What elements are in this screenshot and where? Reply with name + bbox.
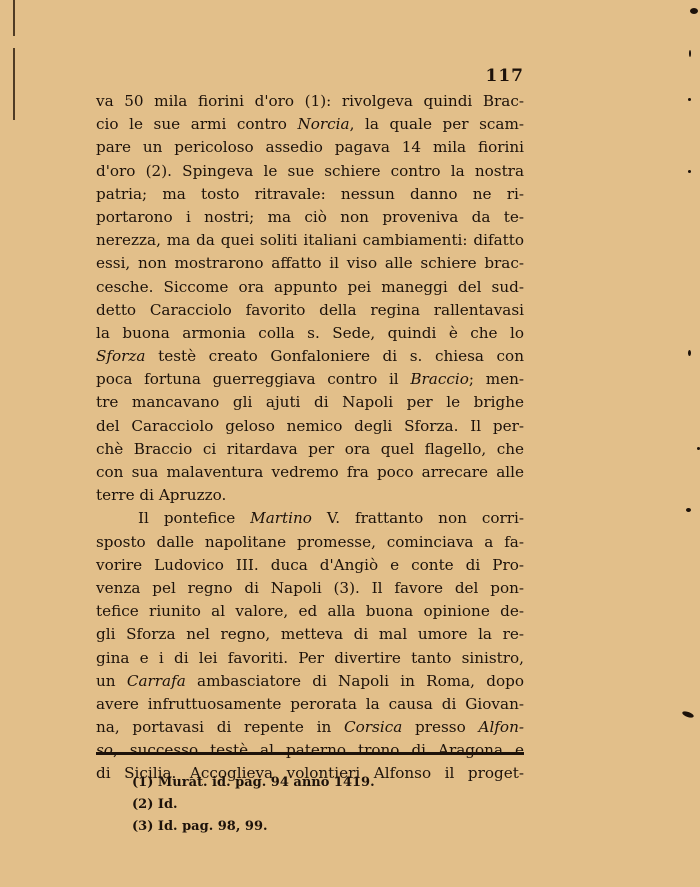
text-line: portarono i nostri; ma ciò non proveniva…	[96, 206, 524, 229]
scan-speck	[689, 50, 691, 57]
text-line: chè Braccio ci ritardava per ora quel fl…	[96, 438, 524, 461]
text-line: va 50 mila fiorini d'oro (1): rivolgeva …	[96, 90, 524, 113]
scan-speck	[688, 350, 691, 356]
footnote: (1) Murat. id. pag. 94 anno 1419.	[132, 772, 375, 794]
footnote-separator-rule	[96, 752, 524, 755]
page-edge-shadow	[13, 0, 15, 120]
scan-speck	[682, 710, 695, 719]
text-line: tefice riunito al valore, ed alla buona …	[96, 600, 524, 623]
text-line: vorire Ludovico III. duca d'Angiò e cont…	[96, 554, 524, 577]
text-line: detto Caracciolo favorito della regina r…	[96, 299, 524, 322]
text-line: la buona armonia colla s. Sede, quindi è…	[96, 322, 524, 345]
text-line: patria; ma tosto ritravale: nessun danno…	[96, 183, 524, 206]
footnote: (3) Id. pag. 98, 99.	[132, 816, 375, 838]
footnotes: (1) Murat. id. pag. 94 anno 1419.(2) Id.…	[132, 772, 375, 838]
page-number: 117	[486, 66, 525, 86]
text-line: pare un pericoloso assedio pagava 14 mil…	[96, 136, 524, 159]
text-line: avere infruttuosamente perorata la causa…	[96, 693, 524, 716]
text-line: gli Sforza nel regno, metteva di mal umo…	[96, 623, 524, 646]
text-line: con sua malaventura vedremo fra poco arr…	[96, 461, 524, 484]
text-line: so, successo testè al paterno trono di A…	[96, 739, 524, 762]
text-line: sposto dalle napolitane promesse, cominc…	[96, 531, 524, 554]
text-line: un Carrafa ambasciatore di Napoli in Rom…	[96, 670, 524, 693]
text-line: gina e i di lei favoriti. Per divertire …	[96, 647, 524, 670]
text-line: essi, non mostrarono affatto il viso all…	[96, 252, 524, 275]
text-line: tre mancavano gli ajuti di Napoli per le…	[96, 391, 524, 414]
scan-speck	[690, 8, 698, 14]
text-line: cio le sue armi contro Norcia, la quale …	[96, 113, 524, 136]
text-line: Il pontefice Martino V. frattanto non co…	[96, 507, 524, 530]
scan-speck	[686, 508, 691, 512]
text-line: terre di Apruzzo.	[96, 484, 524, 507]
text-line: na, portavasi di repente in Corsica pres…	[96, 716, 524, 739]
text-line: Sforza testè creato Gonfaloniere di s. c…	[96, 345, 524, 368]
scan-speck	[688, 98, 691, 101]
text-line: poca fortuna guerreggiava contro il Brac…	[96, 368, 524, 391]
body-text: va 50 mila fiorini d'oro (1): rivolgeva …	[96, 90, 524, 786]
footnote: (2) Id.	[132, 794, 375, 816]
scan-speck	[688, 170, 691, 173]
text-line: del Caracciolo geloso nemico degli Sforz…	[96, 415, 524, 438]
text-line: cesche. Siccome ora appunto pei maneggi …	[96, 276, 524, 299]
text-line: nerezza, ma da quei soliti italiani camb…	[96, 229, 524, 252]
text-line: venza pel regno di Napoli (3). Il favore…	[96, 577, 524, 600]
text-line: d'oro (2). Spingeva le sue schiere contr…	[96, 160, 524, 183]
